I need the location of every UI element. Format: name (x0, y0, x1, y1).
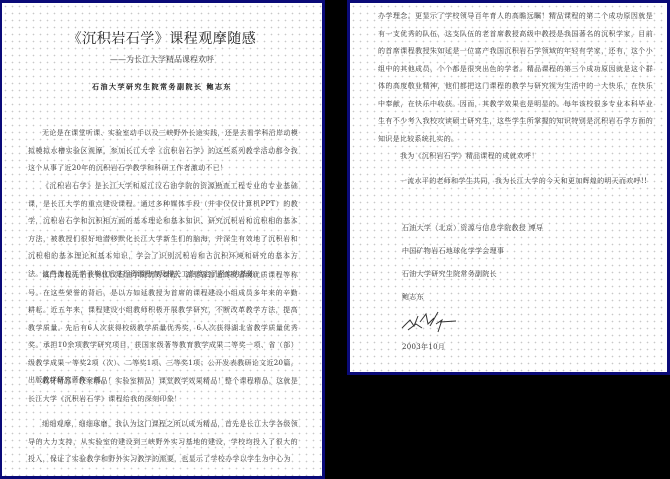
date: 2003年10月 (402, 342, 445, 352)
document-subtitle: ——为长江大学精品课程欢呼 (2, 54, 322, 65)
paragraph: 我为《沉积岩石学》精品课程的成就欢呼！ (400, 148, 660, 166)
paragraph: 一流水平的老师和学生共同，我为长江大学的今天和更加辉煌的明天而欢呼!! (400, 173, 665, 191)
paragraph: 办学理念。更显示了学校领导百年育人的高瞻远瞩！精品课程的第二个成功原因就是有一支… (378, 8, 653, 148)
author-line: 石油大学研究生院常务副院长 鲍志东 (2, 82, 322, 92)
document-page-left: 《沉积岩石学》课程观摩随感 ——为长江大学精品课程欢呼 石油大学研究生院常务副院… (0, 0, 325, 479)
document-page-right: 办学理念。更显示了学校领导百年育人的高瞻远瞩！精品课程的第二个成功原因就是有一支… (347, 0, 670, 375)
affiliation-line: 石油大学（北京）资源与信息学院教授 博导 (402, 223, 543, 233)
handwritten-signature-icon (398, 306, 458, 336)
paragraph: 细细观摩，细细琢磨，我认为这门课程之所以成为精品，首先是长江大学各级领导的大力支… (28, 416, 298, 469)
document-title: 《沉积岩石学》课程观摩随感 (2, 28, 322, 48)
paragraph: 无论是在课堂听课、实验室动手以及三峡野外长途实践，还是去看学科沿岸动模拟模拟水槽… (28, 125, 298, 178)
paragraph: 教材精品！教案精品！实验室精品！课堂教学效果精品！整个课程精品，这就是长江大学《… (28, 373, 298, 408)
author-name: 鲍志东 (402, 292, 424, 302)
affiliation-line: 石油大学研究生院常务副院长 (402, 269, 497, 279)
paragraph: 该门课程先后获得江汉石油学院优秀课程、湖北省普通高校省级优质课程等称号。在这些荣… (28, 267, 298, 390)
affiliation-line: 中国矿物岩石地球化学学会理事 (402, 246, 504, 256)
